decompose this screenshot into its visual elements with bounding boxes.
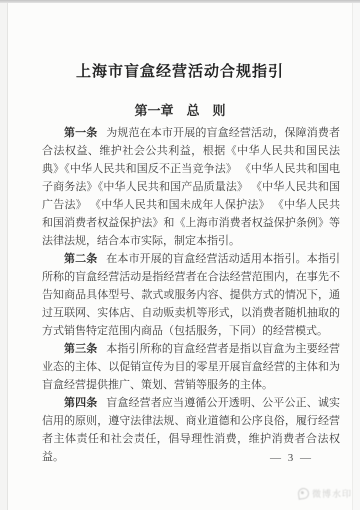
article-1: 第一条为规范在本市开展的盲盒经营活动，保障消费者合法权益、维护社会公共利益，根据… <box>42 124 340 250</box>
article-3-label: 第三条 <box>64 343 106 355</box>
article-3: 第三条本指引所称的盲盒经营者是指以盲盒为主要经营业态的主体、以促销宣传为目的零星… <box>42 340 340 394</box>
watermark: 微博水印 <box>298 487 352 500</box>
article-2-text: 在本市开展的盲盒经营活动适用本指引。本指引所称的盲盒经营活动是指经营者在合法经营… <box>42 253 340 337</box>
article-2-label: 第二条 <box>64 253 106 265</box>
article-2: 第二条在本市开展的盲盒经营活动适用本指引。本指引所称的盲盒经营活动是指经营者在合… <box>42 250 340 340</box>
article-1-text: 为规范在本市开展的盲盒经营活动，保障消费者合法权益、维护社会公共利益，根据《中华… <box>42 127 340 247</box>
watermark-text: 微博水印 <box>312 487 352 500</box>
document-body: 第一条为规范在本市开展的盲盒经营活动，保障消费者合法权益、维护社会公共利益，根据… <box>42 124 340 466</box>
page-number: — 3 — <box>270 452 313 464</box>
article-4-label: 第四条 <box>64 397 106 409</box>
scan-edge-top <box>0 0 360 3</box>
document-page: 上海市盲盒经营活动合规指引 第一章 总 则 第一条为规范在本市开展的盲盒经营活动… <box>0 0 360 510</box>
chapter-heading: 第一章 总 则 <box>0 100 360 119</box>
weibo-logo-icon <box>297 487 309 499</box>
article-1-label: 第一条 <box>64 127 106 139</box>
page-title: 上海市盲盒经营活动合规指引 <box>0 60 360 81</box>
